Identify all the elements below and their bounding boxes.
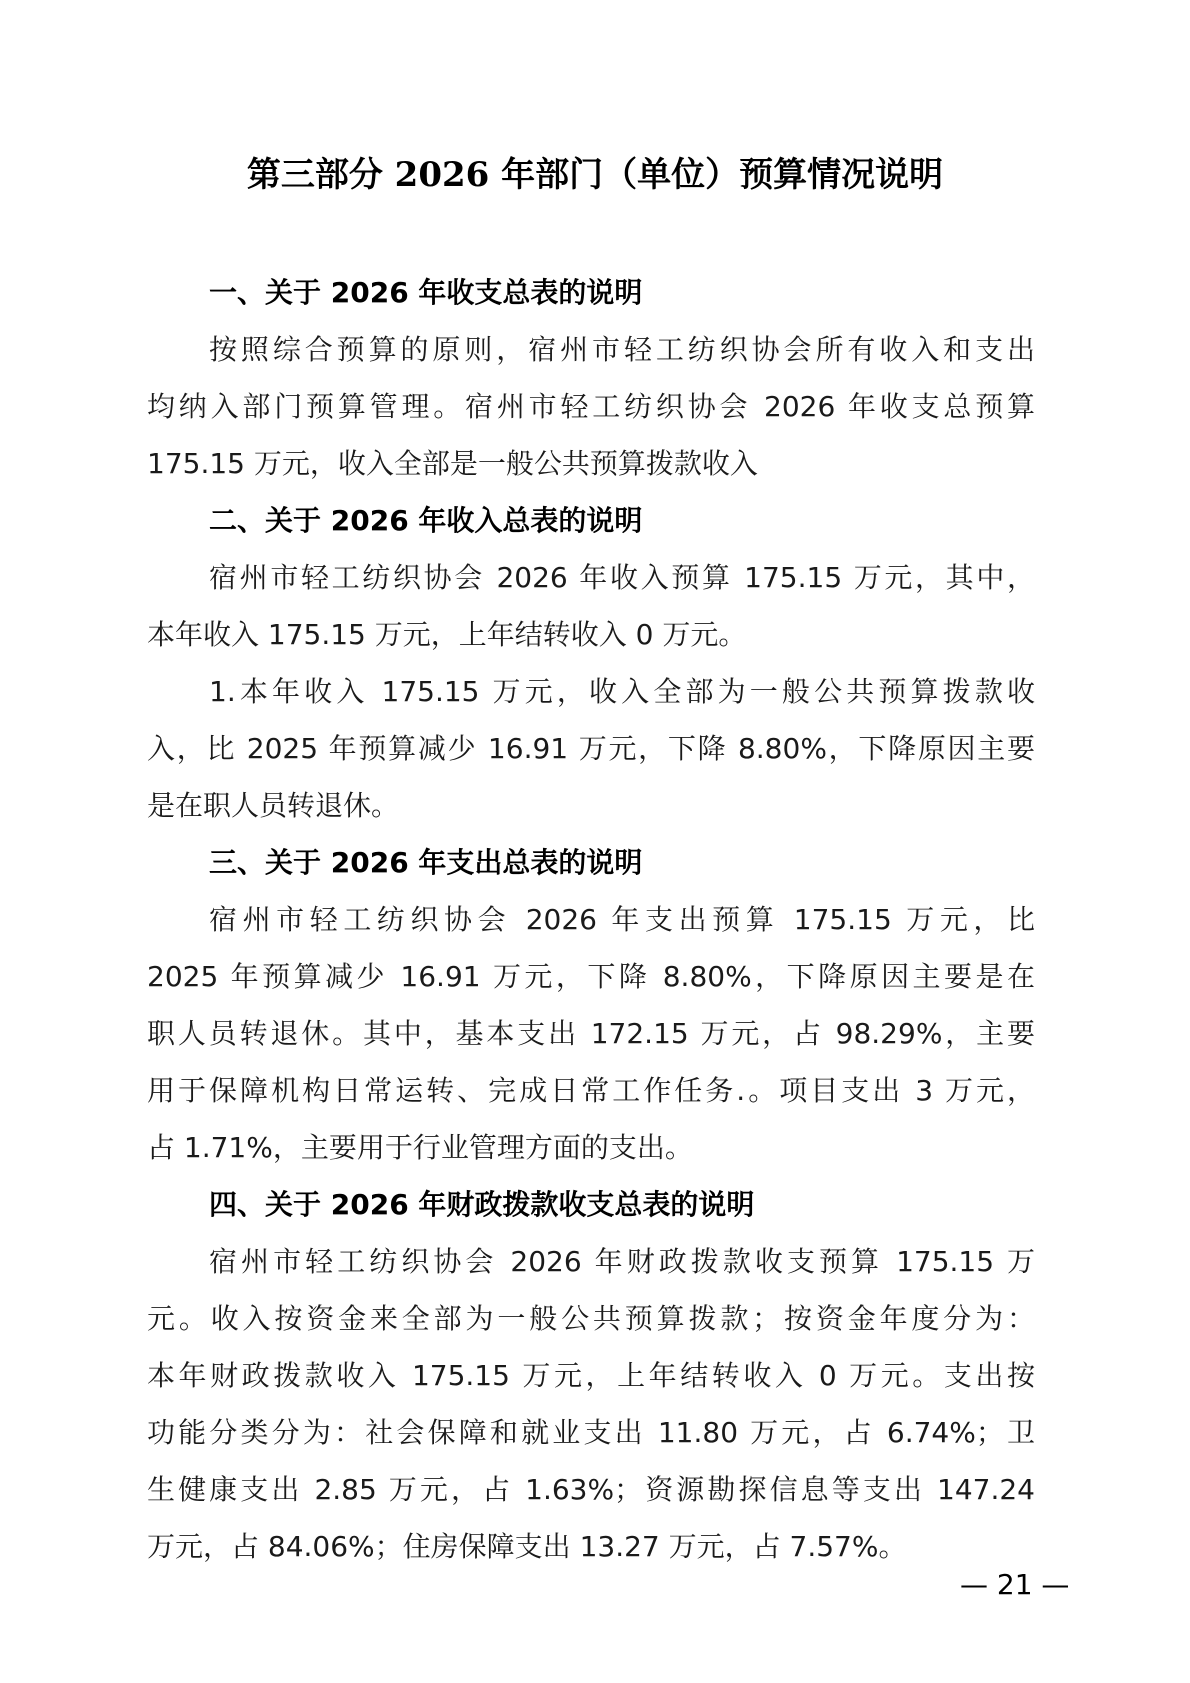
paragraph-line: 是在职人员转退休。	[147, 777, 1035, 834]
page-title: 第三部分 2026 年部门（单位）预算情况说明	[0, 150, 1190, 200]
paragraph-line: 宿州市轻工纺织协会 2026 年财政拨款收支预算 175.15 万	[147, 1233, 1035, 1290]
section-heading-4: 四、关于 2026 年财政拨款收支总表的说明	[147, 1176, 1035, 1233]
paragraph-line: 用于保障机构日常运转、完成日常工作任务.。项目支出 3 万元，	[147, 1062, 1035, 1119]
paragraph-line: 均纳入部门预算管理。宿州市轻工纺织协会 2026 年收支总预算	[147, 378, 1035, 435]
paragraph-line: 占 1.71%，主要用于行业管理方面的支出。	[147, 1119, 1035, 1176]
paragraph-line: 功能分类分为：社会保障和就业支出 11.80 万元，占 6.74%；卫	[147, 1404, 1035, 1461]
paragraph-line: 1.本年收入 175.15 万元，收入全部为一般公共预算拨款收	[147, 663, 1035, 720]
paragraph-line: 本年收入 175.15 万元，上年结转收入 0 万元。	[147, 606, 1035, 663]
paragraph-line: 按照综合预算的原则，宿州市轻工纺织协会所有收入和支出	[147, 321, 1035, 378]
paragraph-line: 2025 年预算减少 16.91 万元，下降 8.80%，下降原因主要是在	[147, 948, 1035, 1005]
document-body: 一、关于 2026 年收支总表的说明 按照综合预算的原则，宿州市轻工纺织协会所有…	[147, 264, 1035, 1575]
document-page: 第三部分 2026 年部门（单位）预算情况说明 一、关于 2026 年收支总表的…	[0, 0, 1190, 1683]
section-heading-1: 一、关于 2026 年收支总表的说明	[147, 264, 1035, 321]
page-number: — 21 —	[960, 1565, 1080, 1605]
section-heading-3: 三、关于 2026 年支出总表的说明	[147, 834, 1035, 891]
paragraph-line: 入，比 2025 年预算减少 16.91 万元，下降 8.80%，下降原因主要	[147, 720, 1035, 777]
paragraph-line: 本年财政拨款收入 175.15 万元，上年结转收入 0 万元。支出按	[147, 1347, 1035, 1404]
section-heading-2: 二、关于 2026 年收入总表的说明	[147, 492, 1035, 549]
paragraph-line: 宿州市轻工纺织协会 2026 年收入预算 175.15 万元，其中，	[147, 549, 1035, 606]
paragraph-line: 宿州市轻工纺织协会 2026 年支出预算 175.15 万元，比	[147, 891, 1035, 948]
paragraph-line: 职人员转退休。其中，基本支出 172.15 万元，占 98.29%，主要	[147, 1005, 1035, 1062]
paragraph-line: 万元，占 84.06%；住房保障支出 13.27 万元，占 7.57%。	[147, 1518, 1035, 1575]
paragraph-line: 175.15 万元，收入全部是一般公共预算拨款收入	[147, 435, 1035, 492]
paragraph-line: 元。收入按资金来全部为一般公共预算拨款；按资金年度分为：	[147, 1290, 1035, 1347]
paragraph-line: 生健康支出 2.85 万元，占 1.63%；资源勘探信息等支出 147.24	[147, 1461, 1035, 1518]
